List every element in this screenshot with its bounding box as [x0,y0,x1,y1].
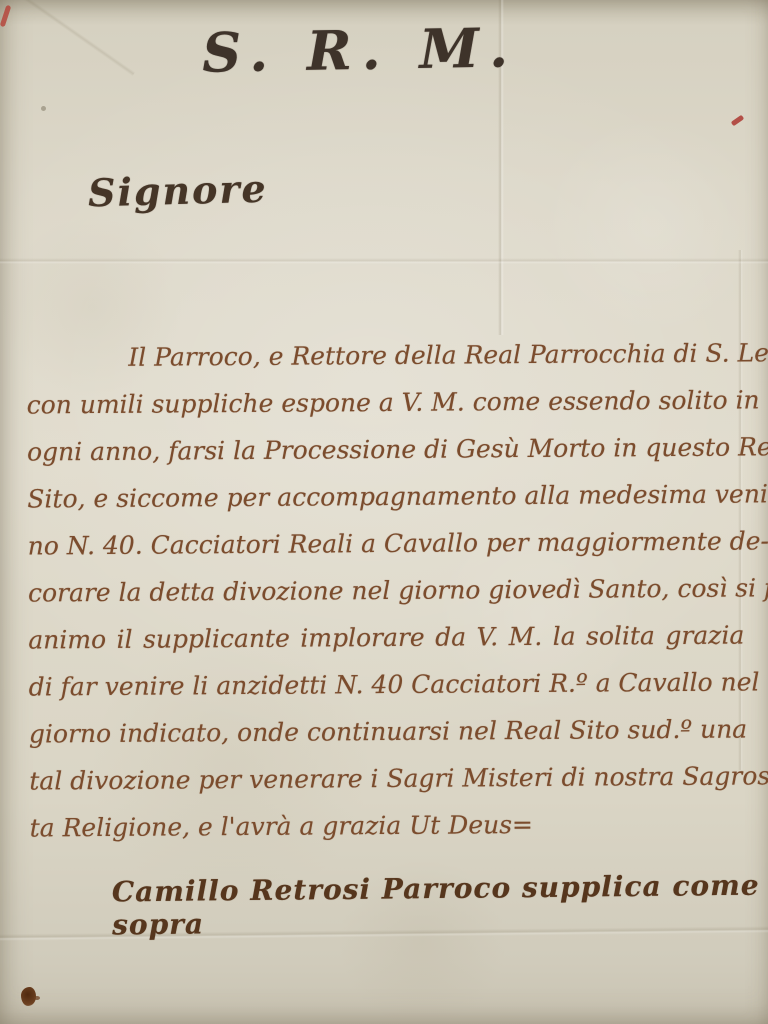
signature-line: Camillo Retrosi Parroco supplica come so… [112,869,768,942]
body-line: animo il supplicante implorare da V. M. … [28,612,744,664]
body-line: ta Religione, e l'avrà a grazia Ut Deus= [29,799,745,851]
ink-blot [21,987,36,1006]
manuscript-page: S. R. M. Signore Il Parroco, e Rettore d… [0,0,768,1024]
body-line: Sito, e siccome per accompagnamento alla… [27,471,743,523]
body-line: giorno indicato, onde continuarsi nel Re… [29,705,745,757]
body-line: con umili suppliche espone a V. M. come … [27,377,743,429]
body-line: no N. 40. Cacciatori Reali a Cavallo per… [28,518,744,570]
paper-speck [41,106,46,111]
salutation: Signore [87,166,268,216]
body-line: Il Parroco, e Rettore della Real Parrocc… [26,330,742,382]
document-heading: S. R. M. [0,12,721,89]
body-line: ogni anno, farsi la Processione di Gesù … [27,424,743,476]
body-line: tal divozione per venerare i Sagri Miste… [29,752,745,804]
body-line: di far venire li anzidetti N. 40 Cacciat… [29,658,745,710]
red-ink-mark [731,115,745,127]
body-line: corare la detta divozione nel giorno gio… [28,565,744,617]
petition-body: Il Parroco, e Rettore della Real Parrocc… [26,330,746,852]
paper-fold-horizontal [0,258,768,264]
